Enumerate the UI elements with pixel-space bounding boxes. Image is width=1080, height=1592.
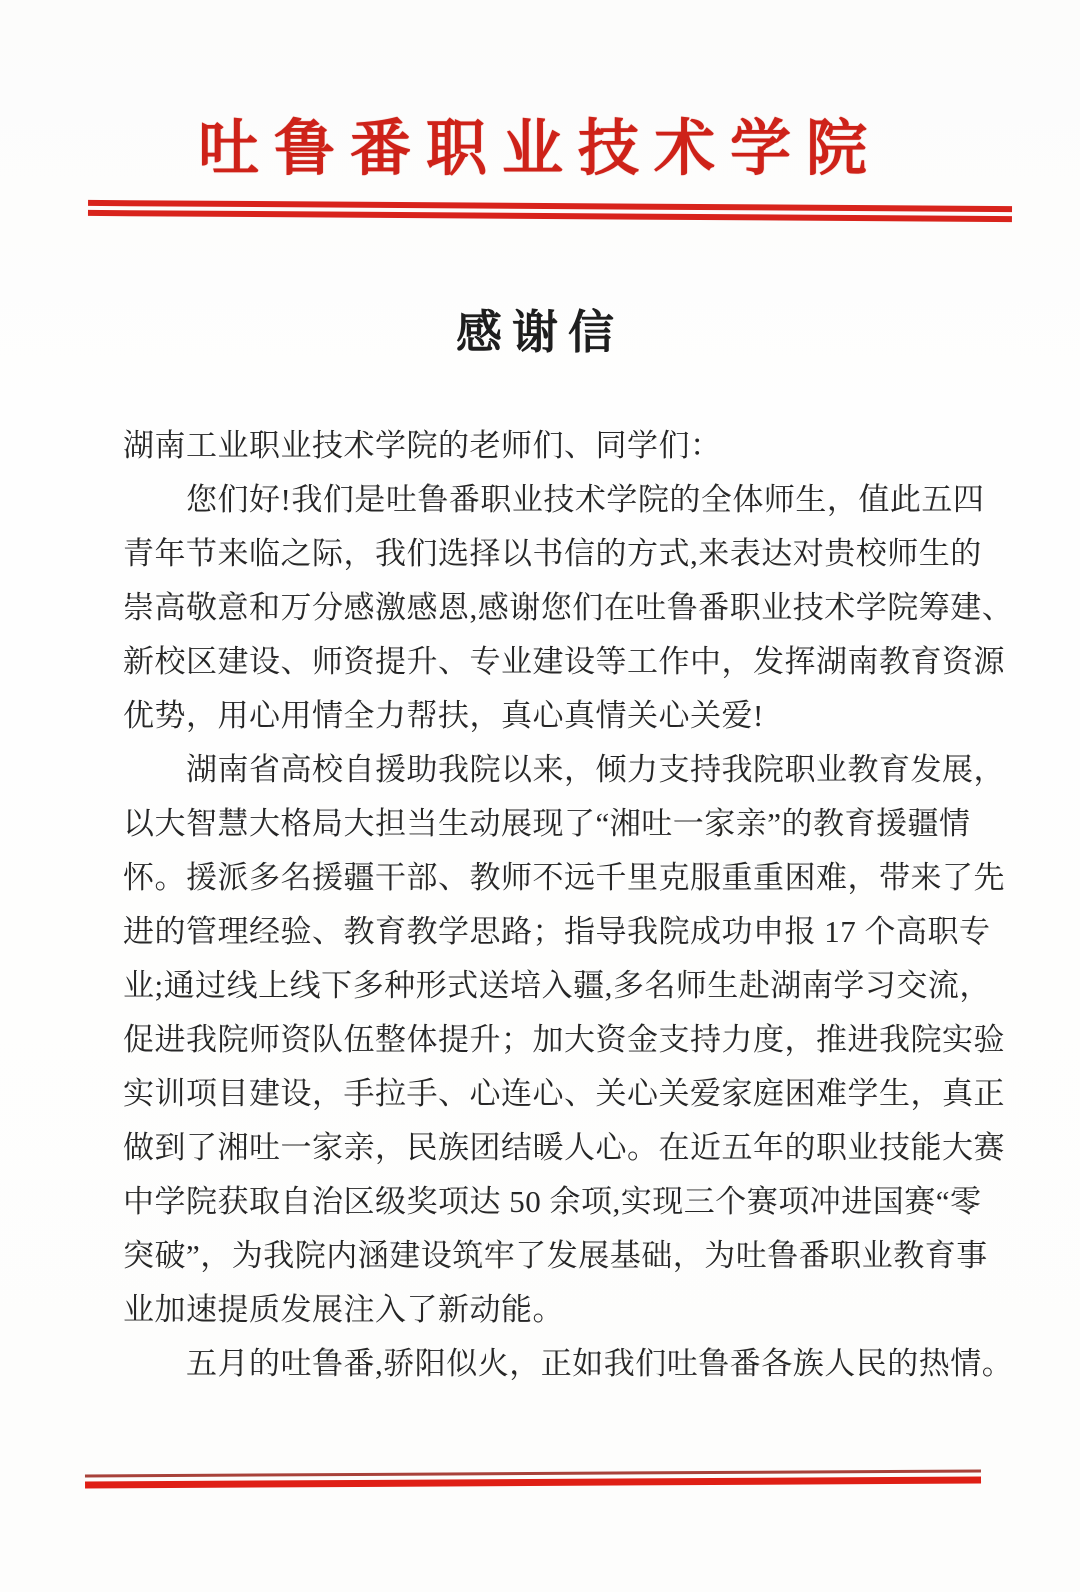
letter-line: 青年节来临之际，我们选择以书信的方式,来表达对贵校师生的 bbox=[123, 527, 957, 581]
letter-line: 您们好!我们是吐鲁番职业技术学院的全体师生，值此五四 bbox=[123, 473, 957, 527]
letter-line: 业;通过线上线下多种形式送培入疆,多名师生赴湖南学习交流， bbox=[123, 959, 957, 1013]
letter-page: 吐鲁番职业技术学院 感谢信 湖南工业职业技术学院的老师们、同学们： 您们好!我们… bbox=[0, 0, 1080, 1592]
letter-line: 中学院获取自治区级奖项达 50 余项,实现三个赛项冲进国赛“零 bbox=[123, 1175, 957, 1229]
letter-title: 感谢信 bbox=[0, 296, 1080, 362]
letter-line: 业加速提质发展注入了新动能。 bbox=[123, 1283, 957, 1337]
bottom-divider bbox=[85, 1469, 981, 1488]
letter-line: 湖南工业职业技术学院的老师们、同学们： bbox=[123, 419, 957, 473]
letter-line: 实训项目建设，手拉手、心连心、关心关爱家庭困难学生，真正 bbox=[123, 1067, 957, 1121]
letterhead-title: 吐鲁番职业技术学院 bbox=[0, 100, 1080, 187]
letter-line: 突破”，为我院内涵建设筑牢了发展基础，为吐鲁番职业教育事 bbox=[123, 1229, 957, 1283]
letter-line: 新校区建设、师资提升、专业建设等工作中，发挥湖南教育资源 bbox=[123, 635, 957, 689]
letter-line: 进的管理经验、教育教学思路；指导我院成功申报 17 个高职专 bbox=[123, 905, 957, 959]
letter-line: 五月的吐鲁番,骄阳似火，正如我们吐鲁番各族人民的热情。 bbox=[123, 1337, 957, 1391]
letter-line: 怀。援派多名援疆干部、教师不远千里克服重重困难，带来了先 bbox=[123, 851, 957, 905]
letter-line: 湖南省高校自援助我院以来，倾力支持我院职业教育发展， bbox=[123, 743, 957, 797]
letter-line: 促进我院师资队伍整体提升；加大资金支持力度，推进我院实验 bbox=[123, 1013, 957, 1067]
letter-line: 做到了湘吐一家亲，民族团结暖人心。在近五年的职业技能大赛 bbox=[123, 1121, 957, 1175]
letterhead-divider bbox=[88, 200, 1012, 222]
letter-line: 以大智慧大格局大担当生动展现了“湘吐一家亲”的教育援疆情 bbox=[123, 797, 957, 851]
letter-body: 湖南工业职业技术学院的老师们、同学们： 您们好!我们是吐鲁番职业技术学院的全体师… bbox=[123, 419, 957, 1391]
letter-line: 优势，用心用情全力帮扶，真心真情关心关爱! bbox=[123, 689, 957, 743]
letter-line: 崇高敬意和万分感激感恩,感谢您们在吐鲁番职业技术学院筹建、 bbox=[123, 581, 957, 635]
